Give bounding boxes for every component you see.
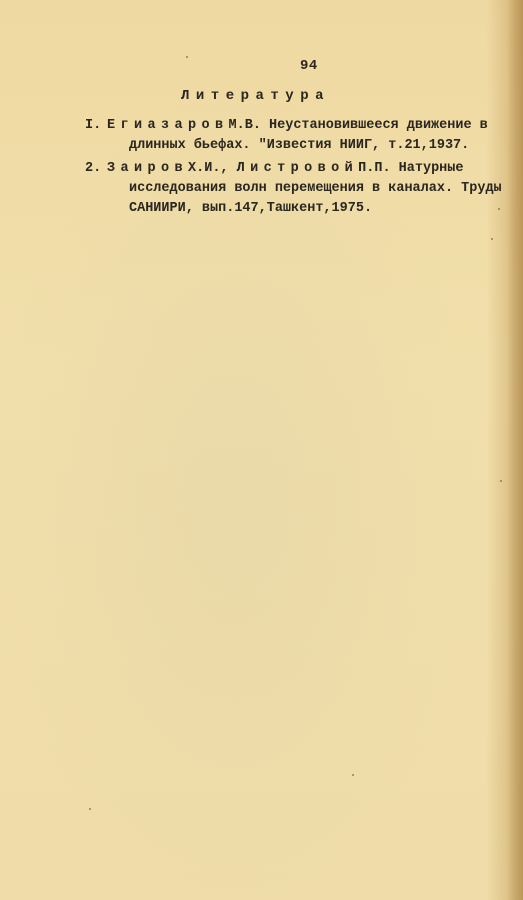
reference-continuation: исследования волн перемещения в каналах.…	[85, 179, 502, 199]
section-title: Литература	[181, 88, 330, 104]
reference-author: Заиров	[107, 161, 188, 176]
paper-speck	[89, 808, 91, 810]
paper-speck	[500, 480, 502, 482]
reference-author-initials: М.В.	[229, 118, 261, 133]
reference-title: Натурные	[399, 161, 464, 176]
page-number: 94	[300, 58, 318, 74]
paper-speck	[186, 56, 188, 58]
paper-speck	[352, 774, 354, 776]
reference-first-line: I.ЕгиазаровМ.В. Неустановившееся движени…	[85, 116, 488, 136]
reference-author-initials: Х.И.,	[188, 161, 229, 176]
reference-author: Егиазаров	[107, 118, 229, 133]
reference-first-line: 2.ЗаировХ.И., ЛистровойП.П. Натурные	[85, 159, 502, 179]
reference-number: I.	[85, 116, 107, 136]
page-edge-shadow	[507, 0, 523, 900]
paper-speck	[491, 238, 493, 240]
reference-title: Неустановившееся движение в	[269, 118, 488, 133]
reference-coauthor-initials: П.П.	[358, 161, 390, 176]
reference-item: I.ЕгиазаровМ.В. Неустановившееся движени…	[85, 116, 488, 156]
paper-speck	[498, 208, 500, 210]
document-page: 94 Литература I.ЕгиазаровМ.В. Неустанови…	[0, 0, 523, 900]
reference-continuation: САНИИРИ, вып.147,Ташкент,1975.	[85, 199, 502, 219]
reference-number: 2.	[85, 159, 107, 179]
reference-item: 2.ЗаировХ.И., ЛистровойП.П. Натурные исс…	[85, 159, 502, 219]
reference-coauthor: Листровой	[237, 161, 359, 176]
reference-continuation: длинных бьефах. "Известия НИИГ, т.21,193…	[85, 136, 488, 156]
